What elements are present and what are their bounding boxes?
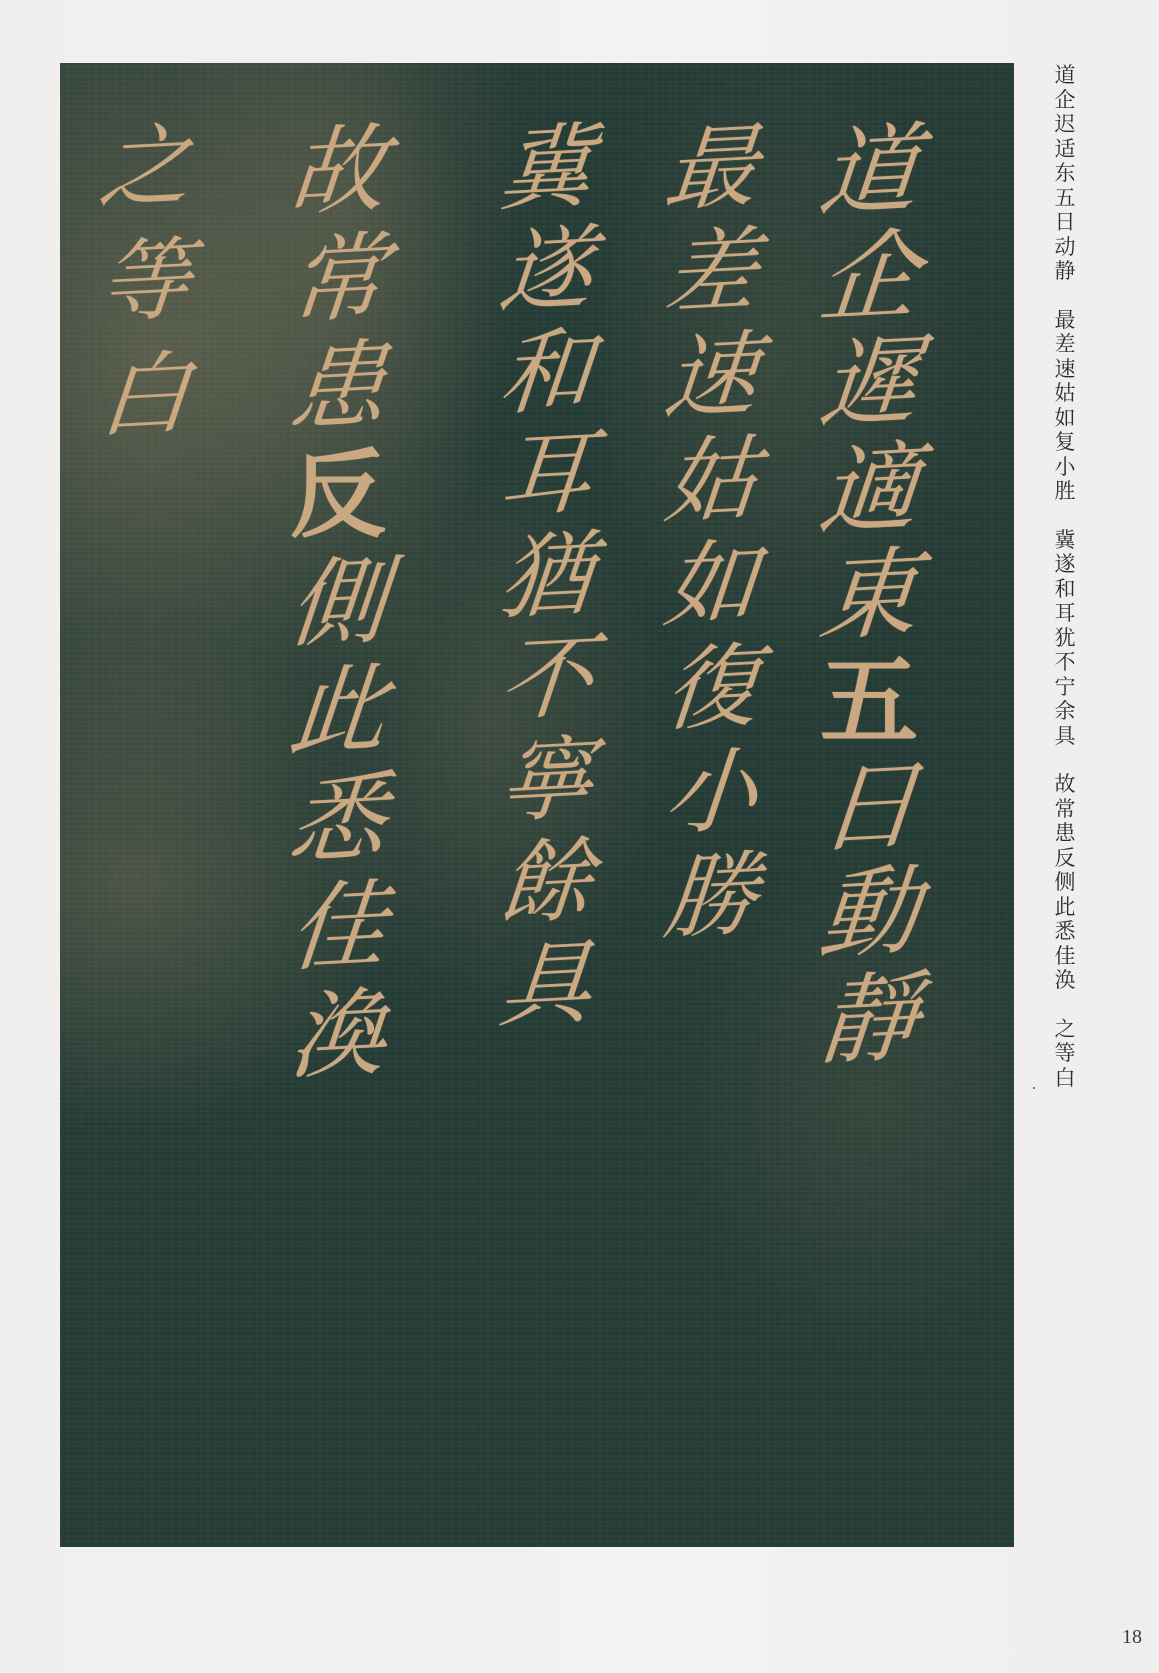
calligraphy-character: 和 — [496, 325, 597, 422]
annotation-character: 耳 — [1055, 603, 1076, 628]
calligraphy-character: 具 — [496, 937, 597, 1034]
calligraphy-column: 冀遂和耳猶不寧餘具 — [500, 123, 592, 1041]
calligraphy-character: 側 — [285, 553, 390, 654]
calligraphy-character: 如 — [661, 537, 762, 634]
annotation-character: 小 — [1055, 457, 1076, 482]
calligraphy-column: 道企遲適東五日動靜 — [820, 123, 918, 1077]
calligraphy-character: 道 — [815, 121, 922, 224]
annotation-character: 冀 — [1055, 530, 1076, 555]
book-page: 道企遲適東五日動靜最差速姑如復小勝冀遂和耳猶不寧餘具故常患反側此悉佳渙之等白 道… — [0, 0, 1159, 1673]
annotation-line: 故常患反侧此悉佳涣 — [1055, 774, 1076, 995]
calligraphy-character: 渙 — [285, 985, 390, 1086]
calligraphy-character: 不 — [496, 631, 597, 728]
annotation-character: 不 — [1055, 652, 1076, 677]
annotation-character: 此 — [1055, 897, 1076, 922]
calligraphy-character: 猶 — [496, 529, 597, 626]
calligraphy-column: 故常患反側此悉佳渙 — [290, 123, 386, 1095]
calligraphy-character: 寧 — [496, 733, 597, 830]
calligraphy-character: 耳 — [496, 427, 597, 524]
annotation-character: 具 — [1055, 726, 1076, 751]
calligraphy-character: 之 — [96, 121, 194, 216]
calligraphy-character: 遂 — [496, 223, 597, 320]
calligraphy-character: 餘 — [496, 835, 597, 932]
annotation-character: 复 — [1055, 432, 1076, 457]
calligraphy-character: 小 — [661, 745, 762, 842]
annotation-character: 白 — [1055, 1068, 1076, 1093]
annotation-character: 等 — [1055, 1043, 1076, 1068]
calligraphy-character: 最 — [661, 121, 762, 218]
annotation-character: 故 — [1055, 774, 1076, 799]
annotation-line: 最差速姑如复小胜 — [1055, 310, 1076, 506]
calligraphy-character: 姑 — [661, 433, 762, 530]
calligraphy-character: 東 — [815, 545, 922, 648]
annotation-character: 最 — [1055, 310, 1076, 335]
calligraphy-character: 故 — [285, 121, 390, 222]
calligraphy-character: 五 — [820, 653, 918, 751]
calligraphy-character: 反 — [290, 447, 386, 543]
calligraphy-character: 企 — [815, 227, 922, 330]
annotation-line: 道企迟适东五日动静 — [1055, 65, 1076, 286]
annotation-line: 冀遂和耳犹不宁余具 — [1055, 530, 1076, 751]
annotation-character: 和 — [1055, 579, 1076, 604]
annotation-character: 反 — [1055, 848, 1076, 873]
transcription-annotation: 道企迟适东五日动静最差速姑如复小胜冀遂和耳犹不宁余具故常患反侧此悉佳涣之等白 — [1050, 65, 1080, 1092]
calligraphy-character: 勝 — [661, 849, 762, 946]
calligraphy-character: 冀 — [496, 121, 597, 218]
calligraphy-rubbing: 道企遲適東五日動靜最差速姑如復小勝冀遂和耳猶不寧餘具故常患反側此悉佳渙之等白 — [60, 63, 1014, 1547]
annotation-character: 如 — [1055, 408, 1076, 433]
calligraphy-character: 白 — [96, 349, 194, 444]
calligraphy-character: 速 — [661, 329, 762, 426]
calligraphy-column: 最差速姑如復小勝 — [665, 123, 757, 955]
calligraphy-column: 之等白 — [100, 123, 190, 465]
annotation-character: 余 — [1055, 701, 1076, 726]
annotation-character: 东 — [1055, 163, 1076, 188]
annotation-character: 速 — [1055, 359, 1076, 384]
calligraphy-character: 差 — [661, 225, 762, 322]
calligraphy-character: 遲 — [815, 333, 922, 436]
page-number: 18 — [1122, 1626, 1142, 1649]
annotation-character: 常 — [1055, 799, 1076, 824]
calligraphy-character: 悉 — [285, 769, 390, 870]
calligraphy-character: 常 — [285, 229, 390, 330]
annotation-character: 企 — [1055, 90, 1076, 115]
annotation-character: 悉 — [1055, 921, 1076, 946]
calligraphy-character: 患 — [285, 337, 390, 438]
annotation-character: 静 — [1055, 261, 1076, 286]
annotation-character: 动 — [1055, 237, 1076, 262]
calligraphy-character: 此 — [285, 661, 390, 762]
calligraphy-character: 靜 — [815, 969, 922, 1072]
calligraphy-character: 復 — [661, 641, 762, 738]
annotation-character: 适 — [1055, 139, 1076, 164]
annotation-character: 犹 — [1055, 628, 1076, 653]
scan-speck — [1033, 1087, 1035, 1089]
annotation-character: 遂 — [1055, 554, 1076, 579]
annotation-character: 日 — [1055, 212, 1076, 237]
annotation-character: 宁 — [1055, 677, 1076, 702]
annotation-character: 涣 — [1055, 970, 1076, 995]
annotation-character: 胜 — [1055, 481, 1076, 506]
annotation-character: 佳 — [1055, 946, 1076, 971]
calligraphy-character: 佳 — [285, 877, 390, 978]
annotation-character: 道 — [1055, 65, 1076, 90]
calligraphy-character: 日 — [815, 757, 922, 860]
calligraphy-character: 適 — [815, 439, 922, 542]
annotation-character: 迟 — [1055, 114, 1076, 139]
annotation-character: 姑 — [1055, 383, 1076, 408]
annotation-character: 侧 — [1055, 872, 1076, 897]
calligraphy-character: 動 — [815, 863, 922, 966]
annotation-character: 差 — [1055, 334, 1076, 359]
annotation-character: 之 — [1055, 1019, 1076, 1044]
annotation-line: 之等白 — [1055, 1019, 1076, 1093]
calligraphy-character: 等 — [96, 235, 194, 330]
annotation-character: 患 — [1055, 823, 1076, 848]
annotation-character: 五 — [1055, 188, 1076, 213]
